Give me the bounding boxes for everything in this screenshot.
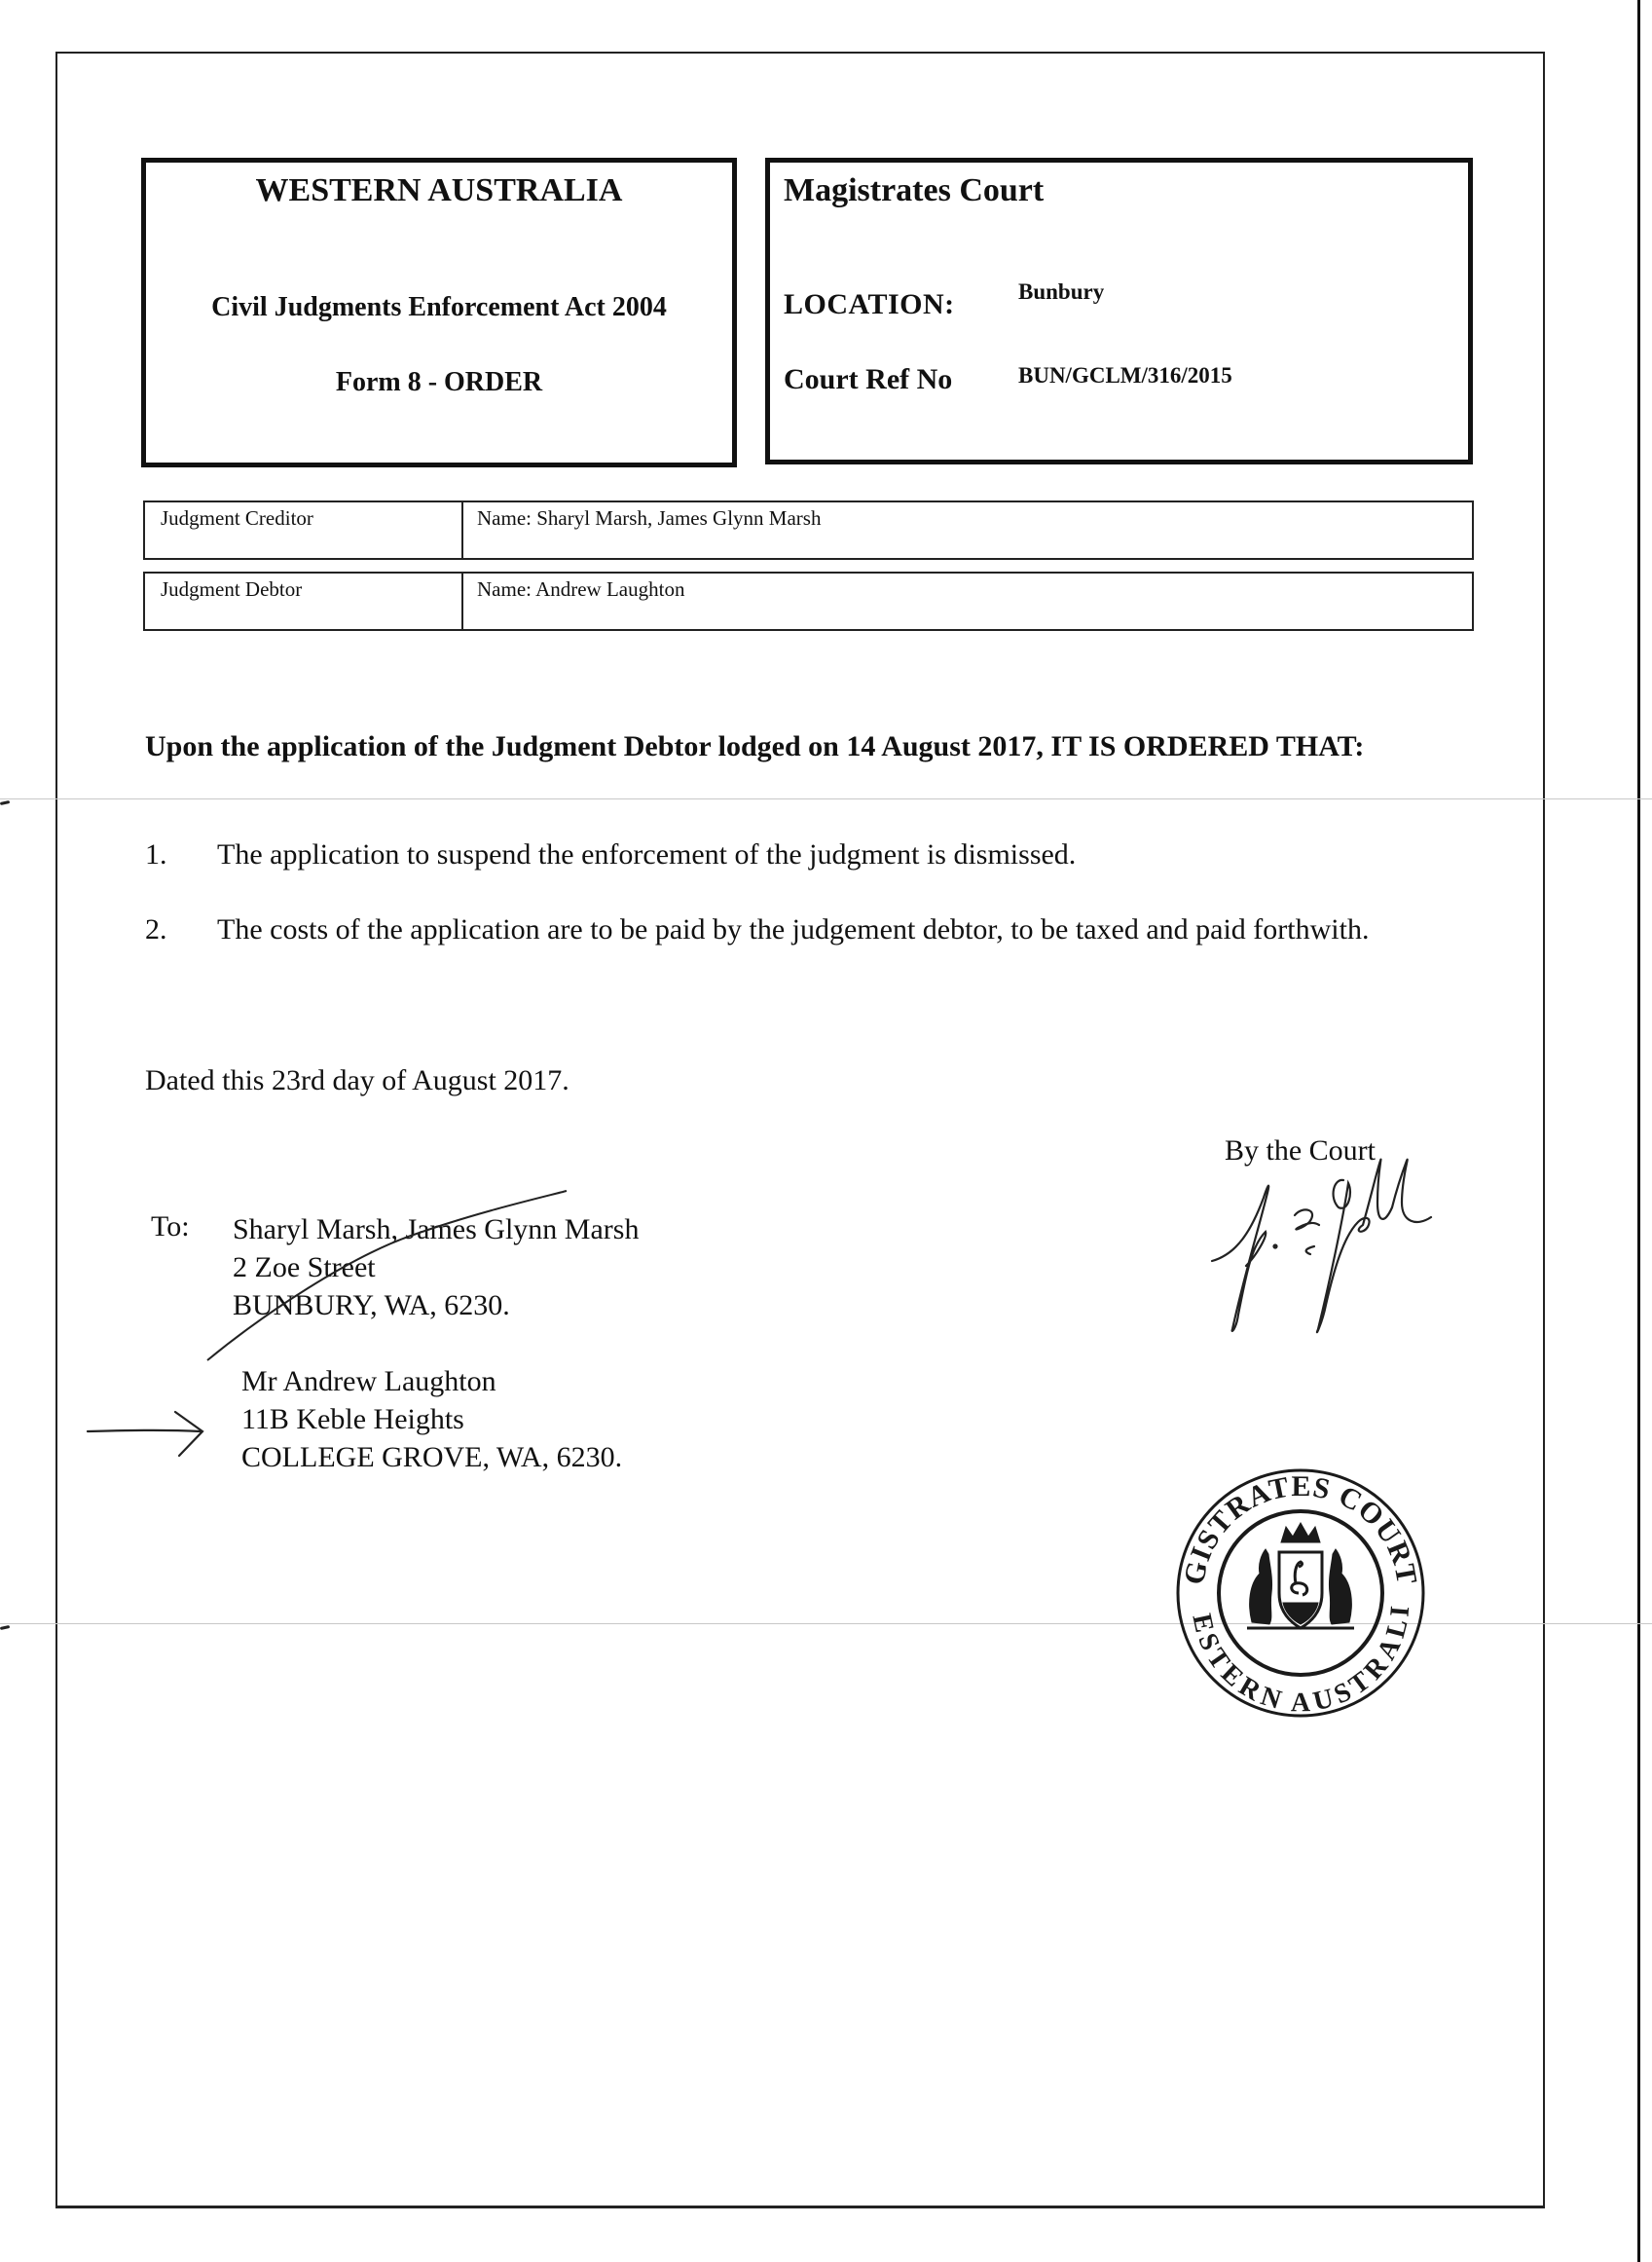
order-item-number: 2. bbox=[145, 910, 217, 949]
court-title: Magistrates Court bbox=[784, 172, 1044, 209]
to-label: To: bbox=[151, 1210, 190, 1243]
court-ref-value: BUN/GCLM/316/2015 bbox=[1018, 363, 1232, 389]
order-item-text: The application to suspend the enforceme… bbox=[217, 835, 1459, 874]
coat-of-arms-icon bbox=[1247, 1523, 1354, 1628]
act-title: Civil Judgments Enforcement Act 2004 bbox=[146, 292, 732, 323]
order-item: 1. The application to suspend the enforc… bbox=[145, 835, 1459, 874]
order-item: 2. The costs of the application are to b… bbox=[145, 910, 1459, 949]
address-line: 11B Keble Heights bbox=[241, 1400, 622, 1438]
header-jurisdiction-box: WESTERN AUSTRALIA Civil Judgments Enforc… bbox=[141, 158, 737, 467]
edge-mark bbox=[0, 1625, 10, 1630]
location-label: LOCATION: bbox=[784, 288, 955, 321]
address-line: Mr Andrew Laughton bbox=[241, 1362, 622, 1400]
judgment-debtor-row: Judgment Debtor Name: Andrew Laughton bbox=[143, 572, 1474, 631]
arrow-right-icon bbox=[86, 1402, 212, 1461]
party-label: Judgment Creditor bbox=[145, 502, 463, 558]
header-court-box: Magistrates Court LOCATION: Bunbury Cour… bbox=[765, 158, 1473, 464]
location-value: Bunbury bbox=[1018, 279, 1104, 305]
form-title: Form 8 - ORDER bbox=[146, 367, 732, 398]
party-value: Name: Andrew Laughton bbox=[463, 574, 1472, 629]
court-seal-icon: MAGISTRATES COURT OF WESTERN AUSTRALIA bbox=[1164, 1457, 1437, 1729]
court-ref-label: Court Ref No bbox=[784, 363, 952, 396]
fold-line bbox=[0, 798, 1652, 799]
dated-line: Dated this 23rd day of August 2017. bbox=[145, 1064, 569, 1097]
party-value: Name: Sharyl Marsh, James Glynn Marsh bbox=[463, 502, 1472, 558]
order-item-text: The costs of the application are to be p… bbox=[217, 910, 1459, 949]
judgment-creditor-row: Judgment Creditor Name: Sharyl Marsh, Ja… bbox=[143, 501, 1474, 560]
signature-icon bbox=[1197, 1139, 1450, 1334]
jurisdiction-title: WESTERN AUSTRALIA bbox=[146, 172, 732, 209]
order-item-number: 1. bbox=[145, 835, 217, 874]
party-label: Judgment Debtor bbox=[145, 574, 463, 629]
strikethrough-line-icon bbox=[204, 1188, 574, 1363]
address-line: COLLEGE GROVE, WA, 6230. bbox=[241, 1438, 622, 1476]
scan-edge-line bbox=[1637, 0, 1640, 2262]
order-preamble: Upon the application of the Judgment Deb… bbox=[145, 728, 1459, 764]
recipient-address-selected: Mr Andrew Laughton 11B Keble Heights COL… bbox=[241, 1362, 622, 1476]
edge-mark bbox=[0, 800, 10, 805]
